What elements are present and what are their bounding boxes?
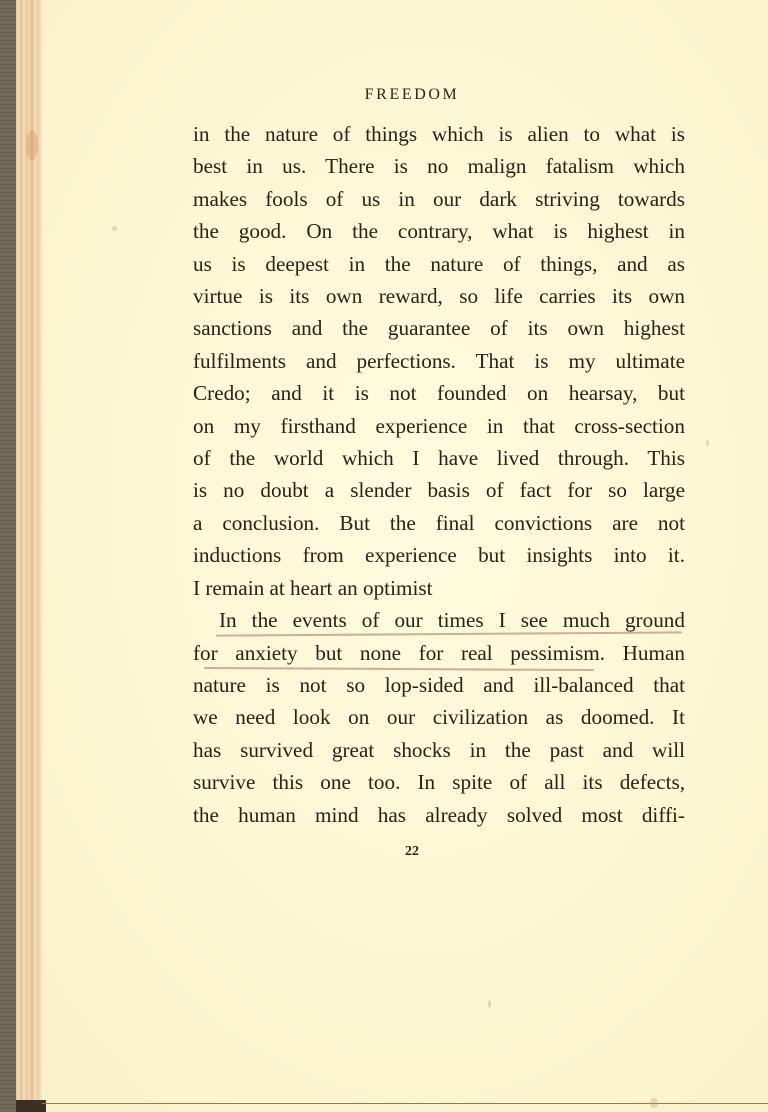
text-line: fulfilments and perfections. That is my … [193, 345, 685, 377]
text-line: of the world which I have lived through.… [193, 442, 685, 474]
text-line: inductions from experience but insights … [193, 539, 685, 571]
text-line: is no doubt a slender basis of fact for … [193, 474, 685, 506]
text-line: has survived great shocks in the past an… [193, 734, 685, 766]
page-edges [16, 0, 42, 1100]
text-line: makes fools of us in our dark striving t… [193, 183, 685, 215]
text-line: sanctions and the guarantee of its own h… [193, 312, 685, 344]
text-line-paragraph-end: I remain at heart an optimist [193, 572, 685, 604]
paper-speck [112, 226, 117, 231]
text-line: the human mind has already solved most d… [193, 799, 685, 831]
text-line: we need look on our civilization as doom… [193, 701, 685, 733]
book-binding [0, 0, 16, 1112]
book-page-scan: FREEDOM in the nature of things which is… [0, 0, 768, 1112]
binding-shadow [16, 1100, 46, 1112]
running-head: FREEDOM [0, 86, 768, 104]
text-line: on my firsthand experience in that cross… [193, 410, 685, 442]
text-line: for anxiety but none for real pessimism.… [193, 637, 685, 669]
text-line: Credo; and it is not founded on hearsay,… [193, 377, 685, 409]
text-line: us is deepest in the nature of things, a… [193, 248, 685, 280]
text-line: best in us. There is no malign fatalism … [193, 150, 685, 182]
page-number: 22 [0, 844, 768, 860]
text-line: virtue is its own reward, so life carrie… [193, 280, 685, 312]
paper-speck [706, 440, 709, 446]
page-bottom-edge [42, 1103, 768, 1104]
text-line: nature is not so lop-sided and ill-balan… [193, 669, 685, 701]
body-text: in the nature of things which is alien t… [193, 118, 685, 831]
text-line: a conclusion. But the final convictions … [193, 507, 685, 539]
text-line: survive this one too. In spite of all it… [193, 766, 685, 798]
paper-speck [650, 1098, 658, 1108]
paper-speck [488, 1000, 491, 1008]
text-line: the good. On the contrary, what is highe… [193, 215, 685, 247]
text-line: in the nature of things which is alien t… [193, 118, 685, 150]
